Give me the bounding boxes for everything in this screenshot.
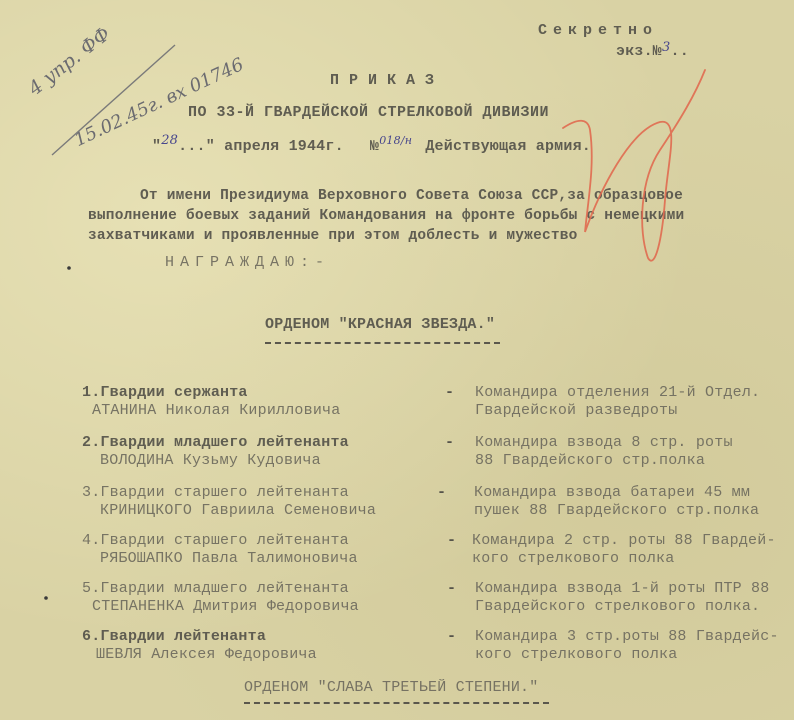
entry-3-rank: 3.Гвардии старшего лейтенанта [82, 484, 349, 501]
copy-number: 3 [662, 40, 670, 55]
entry-4-position-2: кого стрелкового полка [472, 550, 674, 567]
entry-1-dash: - [445, 384, 454, 401]
entry-3-position-1: Командира взвода батареи 45 мм [474, 484, 750, 501]
entry-5-position-2: Гвардейского стрелкового полка. [475, 598, 760, 615]
section-title-red-star: ОРДЕНОМ "КРАСНАЯ ЗВЕЗДА." [265, 316, 495, 333]
entry-3-position-2: пушек 88 Гвардейского стр.полка [474, 502, 759, 519]
entry-2-dash: - [445, 434, 454, 451]
copy-label: экз.№ [616, 43, 662, 60]
document-subtitle: ПО 33-Й ГВАРДЕЙСКОЙ СТРЕЛКОВОЙ ДИВИЗИИ [188, 104, 549, 121]
entry-6-name: ШЕВЛЯ Алексея Федоровича [96, 646, 317, 663]
entry-4-rank: 4.Гвардии старшего лейтенанта [82, 532, 349, 549]
preamble-line3: захватчиками и проявленные при этом добл… [88, 228, 578, 244]
entry-5-dash: - [447, 580, 456, 597]
section-title-underline [265, 342, 500, 344]
entry-5-name: СТЕПАНЕНКА Дмитрия Федоровича [92, 598, 359, 615]
document-title: ПРИКАЗ [330, 72, 444, 89]
paper-speck [44, 596, 48, 600]
paper-speck [67, 266, 71, 270]
location: Действующая армия. [425, 138, 591, 155]
copy-number-line: экз.№3.. [616, 43, 689, 60]
entry-5-rank: 5.Гвардии младшего лейтенанта [82, 580, 349, 597]
section-title-underline-2 [244, 702, 549, 704]
date-day: 28 [161, 133, 178, 148]
entry-4-position-1: Командира 2 стр. роты 88 Гвардей- [472, 532, 776, 549]
entry-2-name: ВОЛОДИНА Кузьму Кудовича [100, 452, 321, 469]
entry-3-name: КРИНИЦКОГО Гавриила Семеновича [100, 502, 376, 519]
handwritten-note-line1: 4 упр. ФФ [24, 23, 114, 100]
entry-4-name: РЯБОШАПКО Павла Талимоновича [100, 550, 358, 567]
entry-6-dash: - [447, 628, 456, 645]
entry-1-rank: 1.Гвардии сержанта [82, 384, 248, 401]
date-line: "28..." апреля 1944г. [152, 138, 344, 155]
entry-1-position-1: Командира отделения 21-й Отдел. [475, 384, 760, 401]
entry-2-position-1: Командира взвода 8 стр. роты [475, 434, 733, 451]
entry-4-dash: - [447, 532, 456, 549]
entry-3-dash: - [437, 484, 446, 501]
entry-6-position-2: кого стрелкового полка [475, 646, 677, 663]
entry-1-position-2: Гвардейской разведроты [475, 402, 677, 419]
handwritten-note-line2: 15.02.45г. вх 01746 [71, 54, 247, 151]
entry-2-position-2: 88 Гвардейского стр.полка [475, 452, 705, 469]
secret-label: Секретно [538, 22, 658, 39]
entry-5-position-1: Командира взвода 1-й роты ПТР 88 [475, 580, 769, 597]
entry-1-name: АТАНИНА Николая Кирилловича [92, 402, 340, 419]
award-heading: НАГРАЖДАЮ:- [165, 254, 330, 271]
entry-6-position-1: Командира 3 стр.роты 88 Гвардейс- [475, 628, 779, 645]
section-title-glory-third: ОРДЕНОМ "СЛАВА ТРЕТЬЕЙ СТЕПЕНИ." [244, 679, 538, 696]
preamble-line2: выполнение боевых заданий Командования н… [88, 208, 684, 224]
red-pencil-signature-icon [563, 70, 705, 261]
entry-2-rank: 2.Гвардии младшего лейтенанта [82, 434, 349, 451]
entry-6-rank: 6.Гвардии лейтенанта [82, 628, 266, 645]
preamble-line1: От имени Президиума Верховного Совета Со… [140, 188, 683, 204]
order-number-line: №018/н Действующая армия. [370, 138, 591, 155]
order-number: 018/н [379, 134, 412, 147]
